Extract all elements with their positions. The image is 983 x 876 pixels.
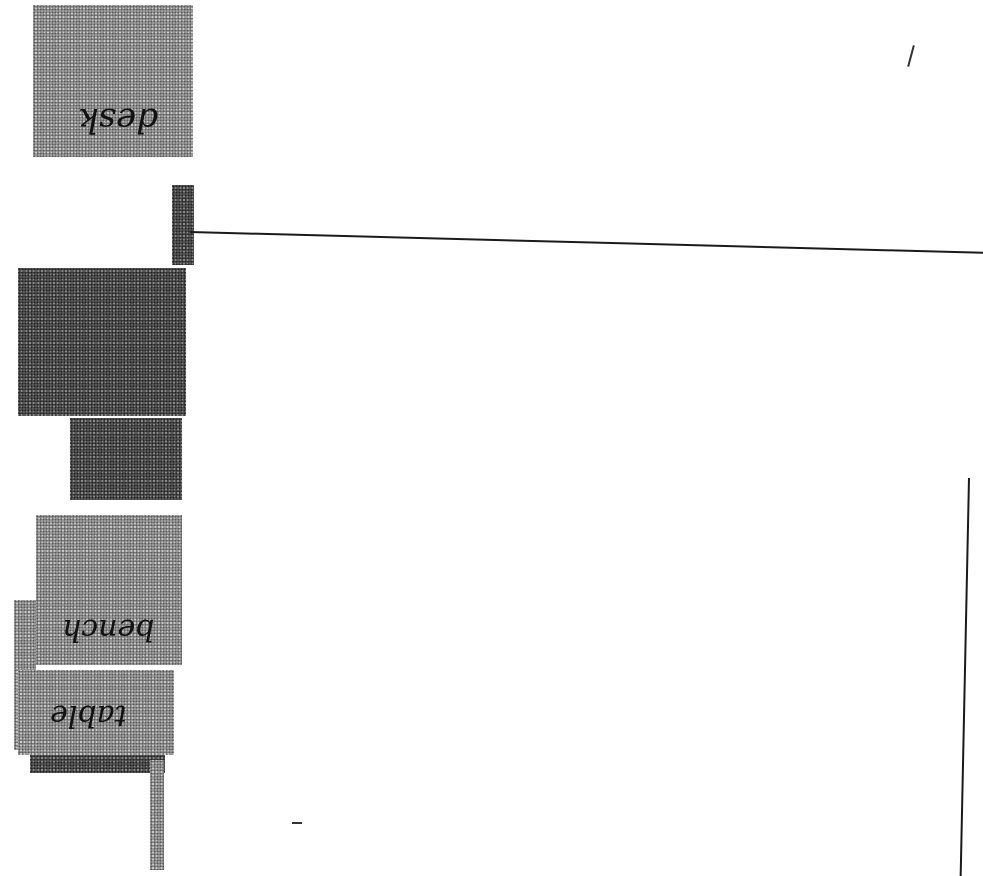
pen-dash (292, 822, 302, 824)
margin-line (960, 478, 970, 876)
tab-bottom-edge (30, 755, 165, 773)
tab-blank[interactable] (18, 268, 186, 416)
tab-label-table: table (50, 698, 127, 733)
tab-spine (150, 760, 164, 870)
tab-blank-lower[interactable] (70, 418, 182, 500)
pen-mark (907, 45, 915, 67)
tab-edge (172, 185, 194, 265)
ruled-line (190, 231, 983, 254)
tab-label-bench: bench (62, 612, 154, 647)
tab-label-desk: desk (78, 100, 158, 140)
